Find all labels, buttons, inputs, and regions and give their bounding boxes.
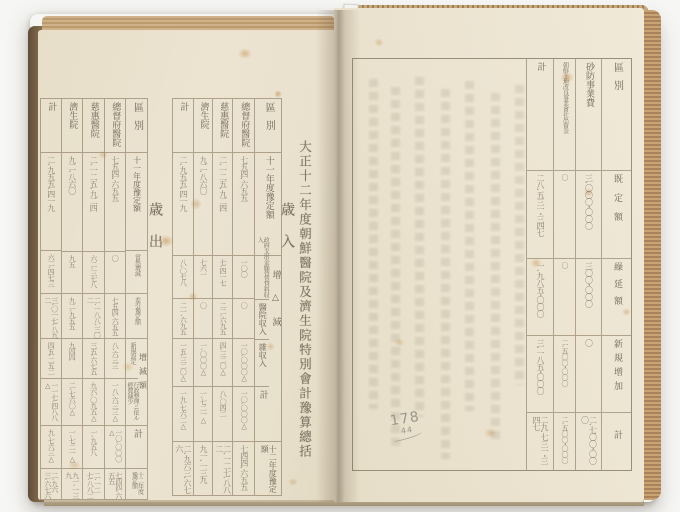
- revenue-col-jikei: 慈惠醫院 二､一二五､九二四 七､四一七 二二､六九五 四､三二〇△ 八､〇四二…: [212, 99, 232, 495]
- table-cell: 二､一二七､八八二: [213, 441, 232, 495]
- table-cell: 三〇〇･〇〇〇: [576, 258, 601, 335]
- table-cell: 二､九六三､六七六: [41, 468, 61, 499]
- expenditure-table: 計 二､九五五､四一九 六二､四七三 三､〇一七､八九二 四五､二五二 一一七､…: [40, 98, 148, 500]
- works-col-chosen-company: 朝鮮土地改良事業會社出資金 〇 〇 二､五〇〇･〇〇〇 二､五〇〇･〇〇〇: [553, 59, 575, 470]
- page-block-fore-edge: [642, 10, 661, 500]
- table-cell: 九一､一三九: [62, 468, 83, 499]
- table-cell: 三､〇〇〇･〇〇〇: [576, 170, 601, 258]
- table-cell: 九一､一三九: [194, 441, 213, 495]
- table-cell: 〇: [554, 170, 575, 258]
- row-subheader: 政府支出金繰替賃貸料収入: [255, 256, 269, 299]
- column-header: 總督府醫院: [110, 102, 119, 152]
- table-cell: 二､一二五､九二四: [213, 152, 232, 255]
- row-header: 計: [602, 412, 631, 469]
- table-cell: 〇: [233, 298, 255, 338]
- table-cell: 六二､三七八: [83, 251, 104, 294]
- column-header: 計: [536, 62, 545, 170]
- table-cell: 九二､九五五: [62, 293, 83, 338]
- table-cell: 四五､二五二: [41, 338, 61, 378]
- table-cell: 三五､六七五: [83, 338, 104, 378]
- table-cell: 七五四､六五五: [105, 152, 126, 251]
- table-cell: 三､〇一七､八九二: [41, 293, 61, 338]
- works-row-header-strip: 區別 既定額 繰延額 新規增加 計: [601, 59, 631, 470]
- row-subheader: 雜収入: [255, 339, 269, 387]
- table-cell: 二､九五五､四一九: [173, 152, 193, 255]
- expenditure-row-header-strip: 區別 十一年度豫定額 當然增減 差引豫定額 新規設定 行政整理ニ依ル經費減少 增…: [125, 99, 147, 499]
- table-cell: 一九､七六二△: [173, 386, 193, 441]
- table-cell: 一〇､〇〇〇△: [233, 338, 255, 386]
- table-cell: 〇: [194, 298, 213, 338]
- expenditure-section-label: 歳出: [148, 202, 162, 282]
- table-cell: 二､五〇〇･〇〇〇: [554, 335, 575, 412]
- column-header: 計: [46, 102, 55, 152]
- column-header: 慈惠醫院: [89, 102, 98, 152]
- row-header: 十二年度豫定額: [126, 468, 147, 499]
- table-cell: 二､五〇〇･〇〇〇: [554, 412, 575, 469]
- column-header: 朝鮮土地改良事業會社出資金: [562, 62, 568, 170]
- table-cell: 二､一八八､三〇二: [83, 293, 104, 338]
- row-header: 十二年度豫定額: [255, 441, 281, 495]
- table-cell: 八､六三三: [105, 338, 126, 378]
- foxing-spot: [238, 48, 252, 59]
- column-header: 慈惠醫院: [218, 102, 227, 152]
- table-cell: 三､一八五･〇〇〇: [527, 335, 553, 412]
- row-header: 當然增減: [126, 250, 147, 293]
- table-cell: 六二､四七三: [41, 250, 61, 293]
- table-cell: 二二､六九五: [213, 298, 232, 338]
- table-cell: 一一七､四八八△: [41, 378, 61, 425]
- revenue-col-sotokufu: 總督府醫院 七五四､六五五 一〇〇 〇 一〇､〇〇〇△ 一〇､〇〇〇△ 七四四､…: [232, 99, 255, 495]
- row-subheader: 醫院収入: [255, 299, 269, 339]
- table-cell: 二､一二五､九二四: [83, 152, 104, 251]
- pencil-annotation: 178 44: [389, 409, 423, 441]
- revenue-row-header-strip: 區別 十一年度豫定額 政府支出金繰替賃貸料収入 醫院収入 雜収入 計 增△減 十…: [254, 99, 281, 495]
- revenue-table: 計 二､九五五､四一九 八､〇七八 二一､六九五 一五､三二〇△ 一九､七六二△…: [172, 98, 282, 496]
- foxing-spot: [374, 38, 384, 47]
- row-header: 差引豫定額: [126, 293, 147, 338]
- row-header: 十一年度豫定額: [126, 152, 147, 251]
- bleed-through-text: [491, 93, 500, 443]
- left-page: 大正十二年度朝鮮醫院及濟生院特別會計豫算總括 歳入 計 二､九五五､四一九 八､…: [38, 30, 334, 500]
- table-frame: 178 44 計 二八､五三一･三四七 一､九八五･〇〇〇 三､一八五･〇〇〇 …: [352, 58, 632, 471]
- book-photo: 大正十二年度朝鮮醫院及濟生院特別會計豫算總括 歳入 計 二､九五五､四一九 八､…: [0, 0, 680, 512]
- table-cell: 二､七六〇△: [62, 378, 83, 425]
- table-cell: 〇: [576, 335, 601, 412]
- row-subheader: 行政整理ニ依ル經費減少: [126, 378, 138, 425]
- row-subheader: 計: [255, 386, 269, 441]
- revenue-col-total: 計 二､九五五､四一九 八､〇七八 二一､六九五 一五､三二〇△ 一九､七六二△…: [173, 99, 193, 495]
- table-cell: 一､九五八: [83, 425, 104, 468]
- expenditure-col-total: 計 二､九五五､四一九 六二､四七三 三､〇一七､八九二 四五､二五二 一一七､…: [41, 99, 61, 499]
- row-header: 新規增加: [602, 335, 631, 412]
- corner-header: 區別: [612, 62, 622, 170]
- bleed-through-text: [515, 85, 524, 385]
- column-header: 總督府醫院: [239, 102, 248, 152]
- table-cell: 七六一: [194, 255, 213, 298]
- table-cell: 二､九六三､六七六: [173, 441, 193, 495]
- row-header: 既定額: [602, 170, 631, 258]
- table-cell: 九二､八六〇: [194, 152, 213, 255]
- table-cell: 二､一二七､八八二: [83, 468, 104, 499]
- revenue-section-label: 歳入: [280, 202, 294, 282]
- table-cell: 二九､七三一･三四七: [527, 412, 553, 469]
- table-cell: 〇: [105, 251, 126, 294]
- corner-header: 區別: [132, 102, 142, 152]
- table-cell: 二八､五三一･三四七: [527, 170, 553, 258]
- table-cell: 二､七〇〇･〇〇〇: [576, 412, 601, 469]
- row-subheader: 新規設定: [126, 339, 138, 378]
- bleed-through-text: [415, 77, 424, 417]
- table-cell: 一､七二一△: [194, 386, 213, 441]
- table-cell: 一〇､〇〇〇△: [233, 386, 255, 441]
- table-cell: 一､七二一△: [62, 425, 83, 468]
- table-cell: 二一､六九五: [173, 298, 193, 338]
- bleed-through-text: [441, 89, 450, 459]
- block-header: 增減額: [139, 353, 147, 425]
- document-title: 大正十二年度朝鮮醫院及濟生院特別會計豫算總括: [298, 140, 311, 490]
- row-header: 計: [126, 425, 147, 468]
- bleed-through-text: [391, 87, 400, 447]
- table-cell: 〇: [554, 258, 575, 335]
- right-page: 178 44 計 二八､五三一･三四七 一､九八五･〇〇〇 三､一八五･〇〇〇 …: [334, 8, 644, 502]
- bleed-through-text: [369, 79, 378, 409]
- table-cell: 一八､六三三△: [105, 378, 126, 425]
- table-cell: 二､九五五､四一九: [41, 152, 61, 251]
- foxing-spot: [274, 90, 282, 98]
- works-col-sabo: 砂防事業費 三､〇〇〇･〇〇〇 三〇〇･〇〇〇 〇 二､七〇〇･〇〇〇: [575, 59, 601, 470]
- row-header: 繰延額: [602, 258, 631, 335]
- table-cell: 八､〇七八: [173, 255, 193, 298]
- table-cell: 七四四､六五五: [105, 468, 126, 499]
- bleed-through-text: [465, 81, 474, 411]
- table-cell: 九五: [62, 251, 83, 294]
- table-cell: 七､四一七: [213, 255, 232, 298]
- table-cell: 七五四､六五五: [233, 152, 255, 255]
- column-header: 濟生院: [67, 102, 76, 152]
- table-cell: 四､三二〇△: [213, 338, 232, 386]
- increase-decrease-block: 政府支出金繰替賃貸料収入 醫院収入 雜収入 計 增△減: [255, 255, 281, 441]
- column-header: 計: [178, 102, 187, 152]
- works-table: 計 二八､五三一･三四七 一､九八五･〇〇〇 三､一八五･〇〇〇 二九､七三一･…: [526, 59, 631, 470]
- table-cell: 九､七六三△: [41, 425, 61, 468]
- table-cell: 一〇〇: [233, 255, 255, 298]
- table-cell: 一〇､〇〇〇△: [105, 425, 126, 468]
- table-cell: 一､〇〇〇△: [194, 338, 213, 386]
- works-col-total: 計 二八､五三一･三四七 一､九八五･〇〇〇 三､一八五･〇〇〇 二九､七三一･…: [526, 59, 553, 470]
- block-header: 增△減: [271, 270, 280, 441]
- expenditure-col-saiseiin: 濟生院 九二､八六〇 九五 九二､九五五 九四四 二､七六〇△ 一､七二一△ 九…: [61, 99, 83, 499]
- table-cell: 七四四､六五五: [233, 441, 255, 495]
- foxing-spot: [288, 478, 298, 486]
- column-header: 砂防事業費: [584, 62, 593, 170]
- column-header: 濟生院: [198, 102, 207, 152]
- table-cell: 一五､三二〇△: [173, 338, 193, 386]
- increase-decrease-block: 新規設定 行政整理ニ依ル經費減少 增減額: [126, 338, 147, 425]
- table-cell: 九二､八六〇: [62, 152, 83, 251]
- table-cell: 九四四: [62, 338, 83, 378]
- table-cell: 八､〇四二: [213, 386, 232, 441]
- expenditure-col-sotokufu: 總督府醫院 七五四､六五五 〇 七五四､六五五 八､六三三 一八､六三三△ 一〇…: [104, 99, 126, 499]
- corner-header: 區別: [263, 102, 273, 152]
- table-cell: 九六､〇九五△: [83, 378, 104, 425]
- revenue-col-saiseiin: 濟生院 九二､八六〇 七六一 〇 一､〇〇〇△ 一､七二一△ 九一､一三九: [193, 99, 213, 495]
- table-cell: 一､九八五･〇〇〇: [527, 258, 553, 335]
- table-cell: 七五四､六五五: [105, 293, 126, 338]
- expenditure-col-jikei: 慈惠醫院 二､一二五､九二四 六二､三七八 二､一八八､三〇二 三五､六七五 九…: [82, 99, 104, 499]
